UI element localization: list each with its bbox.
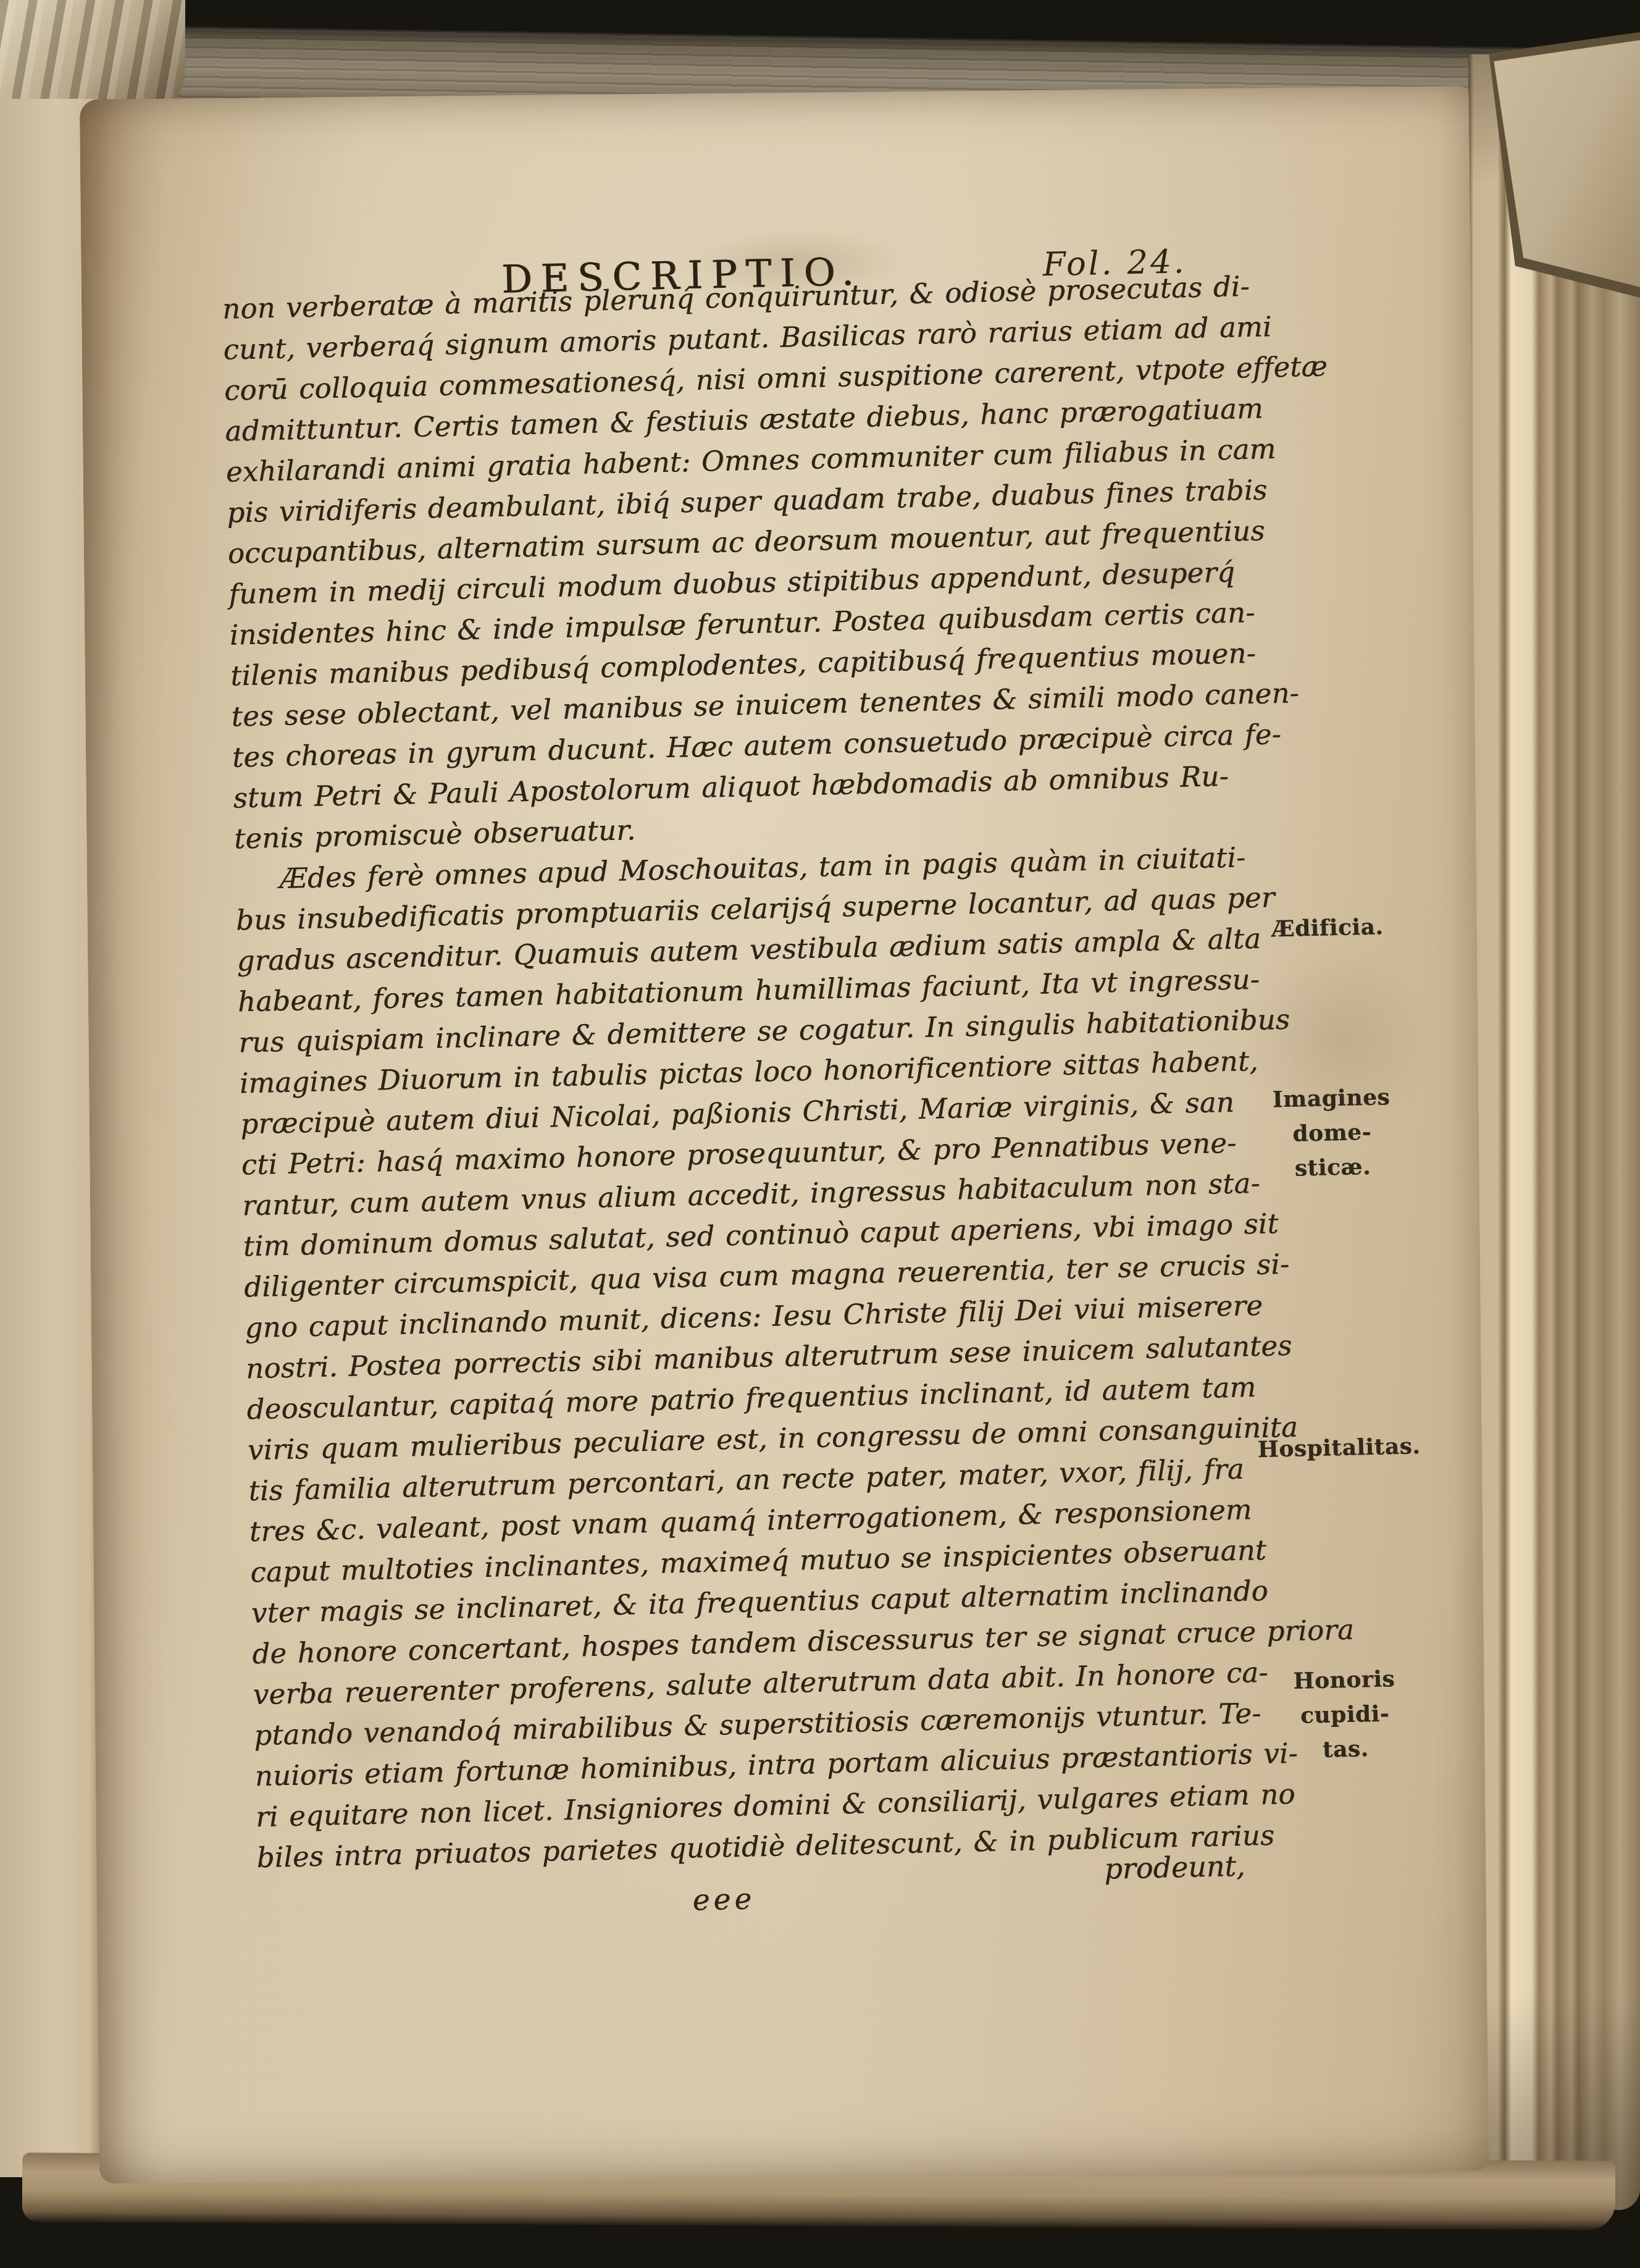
- printed-text-layer: DESCRIPTIO. Fol. 24. non verberatæ à mar…: [67, 77, 1502, 2192]
- margin-note: Hospitalitas.: [1246, 1429, 1432, 1468]
- margin-note: Imagines dome- sticæ.: [1238, 1079, 1426, 1187]
- margin-notes: Ædificia.Imagines dome- sticæ.Hospitalit…: [67, 77, 1502, 2192]
- book-page: DESCRIPTIO. Fol. 24. non verberatæ à mar…: [80, 86, 1489, 2183]
- margin-note: Honoris cupidi- tas.: [1251, 1661, 1439, 1769]
- margin-note: Ædificia.: [1234, 909, 1420, 947]
- book-scan: DESCRIPTIO. Fol. 24. non verberatæ à mar…: [0, 0, 1640, 2268]
- gathering-signature: eee: [631, 1881, 817, 1919]
- catchword: prodeunt,: [970, 1849, 1245, 1889]
